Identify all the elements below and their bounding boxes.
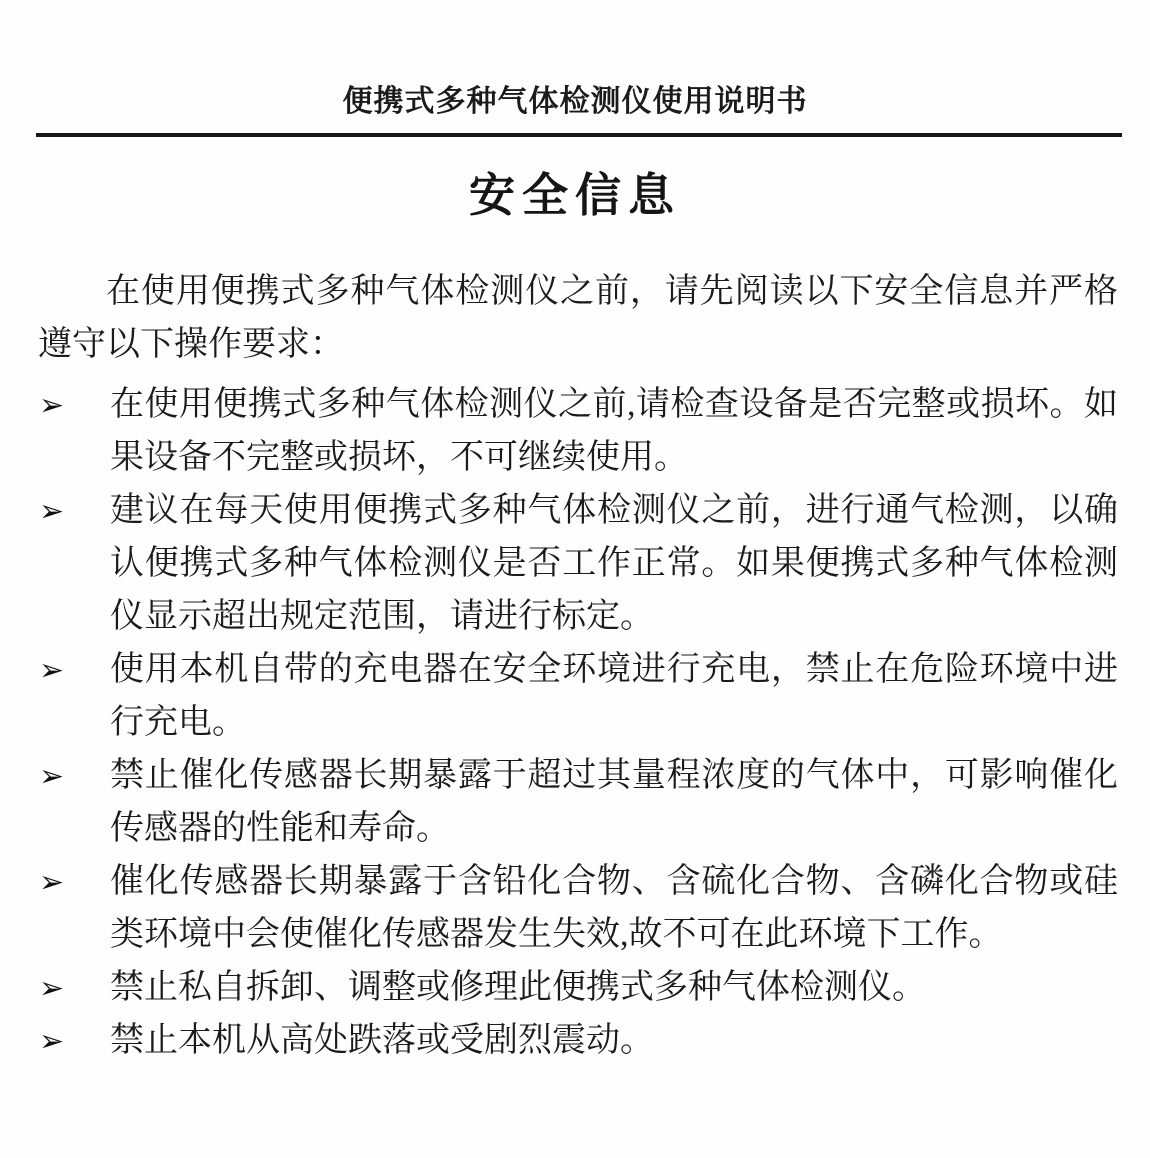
safety-item-text: 禁止本机从高处跌落或受剧烈震动。: [110, 1022, 654, 1059]
running-header: 便携式多种气体检测仪使用说明书: [0, 0, 1150, 120]
safety-item: ➢ 禁止本机从高处跌落或受剧烈震动。: [38, 1014, 1118, 1067]
page-title: 安全信息: [0, 159, 1150, 225]
arrow-bullet-icon: ➢: [39, 962, 64, 1015]
arrow-bullet-icon: ➢: [39, 379, 64, 432]
intro-paragraph: 在使用便携式多种气体检测仪之前，请先阅读以下安全信息并严格遵守以下操作要求：: [38, 265, 1118, 371]
header-rule: [36, 133, 1122, 137]
document-page: 便携式多种气体检测仪使用说明书 安全信息 在使用便携式多种气体检测仪之前，请先阅…: [0, 0, 1150, 1158]
safety-item-text: 在使用便携式多种气体检测仪之前,请检查设备是否完整或损坏。如果设备不完整或损坏，…: [110, 386, 1118, 476]
safety-item: ➢ 使用本机自带的充电器在安全环境进行充电，禁止在危险环境中进行充电。: [38, 643, 1118, 749]
arrow-bullet-icon: ➢: [39, 856, 64, 909]
safety-item-text: 禁止私自拆卸、调整或修理此便携式多种气体检测仪。: [110, 969, 926, 1006]
safety-item-text: 催化传感器长期暴露于含铅化合物、含硫化合物、含磷化合物或硅类环境中会使催化传感器…: [110, 863, 1118, 953]
safety-item: ➢ 禁止催化传感器长期暴露于超过其量程浓度的气体中，可影响催化传感器的性能和寿命…: [38, 749, 1118, 855]
content-area: 在使用便携式多种气体检测仪之前，请先阅读以下安全信息并严格遵守以下操作要求： ➢…: [38, 265, 1118, 1067]
safety-item: ➢ 建议在每天使用便携式多种气体检测仪之前，进行通气检测，以确认便携式多种气体检…: [38, 484, 1118, 643]
safety-item-text: 使用本机自带的充电器在安全环境进行充电，禁止在危险环境中进行充电。: [110, 651, 1118, 741]
arrow-bullet-icon: ➢: [39, 750, 64, 803]
arrow-bullet-icon: ➢: [39, 485, 64, 538]
safety-item: ➢ 禁止私自拆卸、调整或修理此便携式多种气体检测仪。: [38, 961, 1118, 1014]
safety-item-text: 建议在每天使用便携式多种气体检测仪之前，进行通气检测，以确认便携式多种气体检测仪…: [110, 492, 1118, 635]
safety-item-text: 禁止催化传感器长期暴露于超过其量程浓度的气体中，可影响催化传感器的性能和寿命。: [110, 757, 1118, 847]
arrow-bullet-icon: ➢: [39, 1015, 64, 1068]
arrow-bullet-icon: ➢: [39, 644, 64, 697]
safety-item: ➢ 在使用便携式多种气体检测仪之前,请检查设备是否完整或损坏。如果设备不完整或损…: [38, 378, 1118, 484]
safety-item: ➢ 催化传感器长期暴露于含铅化合物、含硫化合物、含磷化合物或硅类环境中会使催化传…: [38, 855, 1118, 961]
safety-list: ➢ 在使用便携式多种气体检测仪之前,请检查设备是否完整或损坏。如果设备不完整或损…: [38, 378, 1118, 1067]
